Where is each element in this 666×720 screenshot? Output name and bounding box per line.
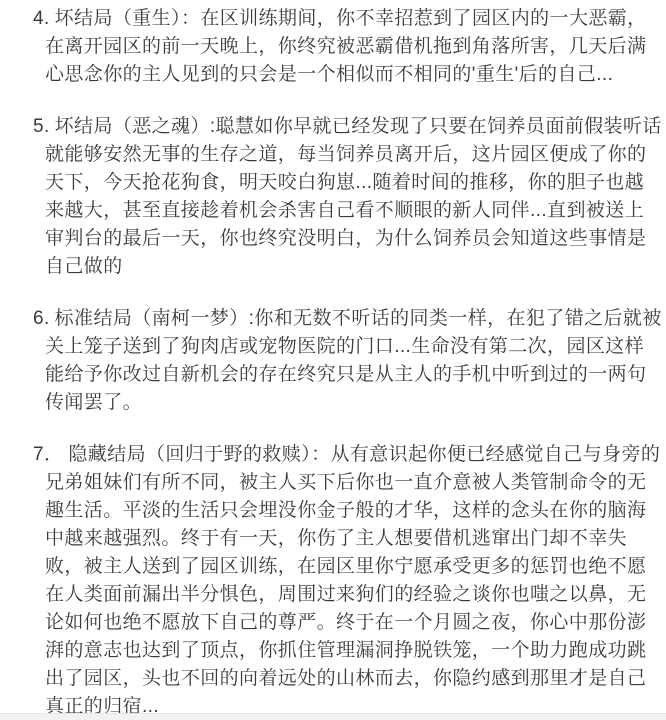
text-line: 来越大，甚至直接趁着机会杀害自己看不顺眼的新人同伴...直到被送上 (45, 197, 642, 225)
item-number: 4. (33, 8, 50, 29)
item-number: 6. (33, 308, 50, 329)
text-line: 4.坏结局（重生）：在区训练期间，你不幸招惹到了园区内的一大恶霸， (45, 5, 642, 33)
list-item-6: 6.标准结局（南柯一梦）:你和无数不听话的同类一样，在犯了错之后就被关上笼子送到… (33, 305, 642, 417)
text-line: 传闻罢了。 (45, 389, 642, 417)
text-line: 趣生活。平淡的生活只会埋没你金子般的才华，这样的念头在你的脑海 (45, 497, 642, 525)
item-number: 7． (33, 444, 63, 465)
item-number: 5. (33, 116, 50, 137)
ending-list: 4.坏结局（重生）：在区训练期间，你不幸招惹到了园区内的一大恶霸，在离开园区的前… (33, 5, 642, 720)
text-line: 败，被主人送到了园区训练，在园区里你宁愿承受更多的惩罚也绝不愿 (45, 553, 642, 581)
text-line: 出了园区，头也不回的向着远处的山林而去，你隐约感到那里才是自己 (45, 665, 642, 693)
document-body: 4.坏结局（重生）：在区训练期间，你不幸招惹到了园区内的一大恶霸，在离开园区的前… (0, 0, 666, 720)
text-line: 论如何也绝不愿放下自己的尊严。终于在一个月圆之夜，你心中那份澎 (45, 609, 642, 637)
text-line: 6.标准结局（南柯一梦）:你和无数不听话的同类一样，在犯了错之后就被 (45, 305, 642, 333)
text-line: 就能够安然无事的生存之道，每当饲养员离开后，这片园区便成了你的 (45, 141, 642, 169)
text-line: 7．隐藏结局（回归于野的救赎）：从有意识起你便已经感觉自己与身旁的 (45, 441, 642, 469)
list-item-5: 5.坏结局（恶之魂）:聪慧如你早就已经发现了只要在饲养员面前假装听话就能够安然无… (33, 113, 642, 281)
text-line: 关上笼子送到了狗肉店或宠物医院的门口...生命没有第二次，园区这样 (45, 333, 642, 361)
list-item-4: 4.坏结局（重生）：在区训练期间，你不幸招惹到了园区内的一大恶霸，在离开园区的前… (33, 5, 642, 89)
bottom-edge-strip (0, 713, 666, 720)
list-item-7: 7．隐藏结局（回归于野的救赎）：从有意识起你便已经感觉自己与身旁的兄弟姐妹们有所… (33, 441, 642, 720)
text-line: 天下，今天抢花狗食，明天咬白狗崽...随着时间的推移，你的胆子也越 (45, 169, 642, 197)
text-line: 湃的意志也达到了顶点，你抓住管理漏洞挣脱铁笼，一个助力跑成功跳 (45, 637, 642, 665)
text-line: 兄弟姐妹们有所不同，被主人买下后你也一直介意被人类管制命令的无 (45, 469, 642, 497)
text-line: 在离开园区的前一天晚上，你终究被恶霸借机拖到角落所害，几天后满 (45, 33, 642, 61)
text-line: 自己做的 (45, 253, 642, 281)
text-line: 5.坏结局（恶之魂）:聪慧如你早就已经发现了只要在饲养员面前假装听话 (45, 113, 642, 141)
text-line: 审判台的最后一天，你也终究没明白，为什么饲养员会知道这些事情是 (45, 225, 642, 253)
text-line: 在人类面前漏出半分惧色，周围过来狗们的经验之谈你也嗤之以鼻，无 (45, 581, 642, 609)
text-line: 中越来越强烈。终于有一天，你伤了主人想要借机逃窜出门却不幸失 (45, 525, 642, 553)
text-line: 心思念你的主人见到的只会是一个相似而不相同的'重生'后的自己... (45, 61, 642, 89)
text-line: 能给予你改过自新机会的存在终究只是从主人的手机中听到过的一两句 (45, 361, 642, 389)
